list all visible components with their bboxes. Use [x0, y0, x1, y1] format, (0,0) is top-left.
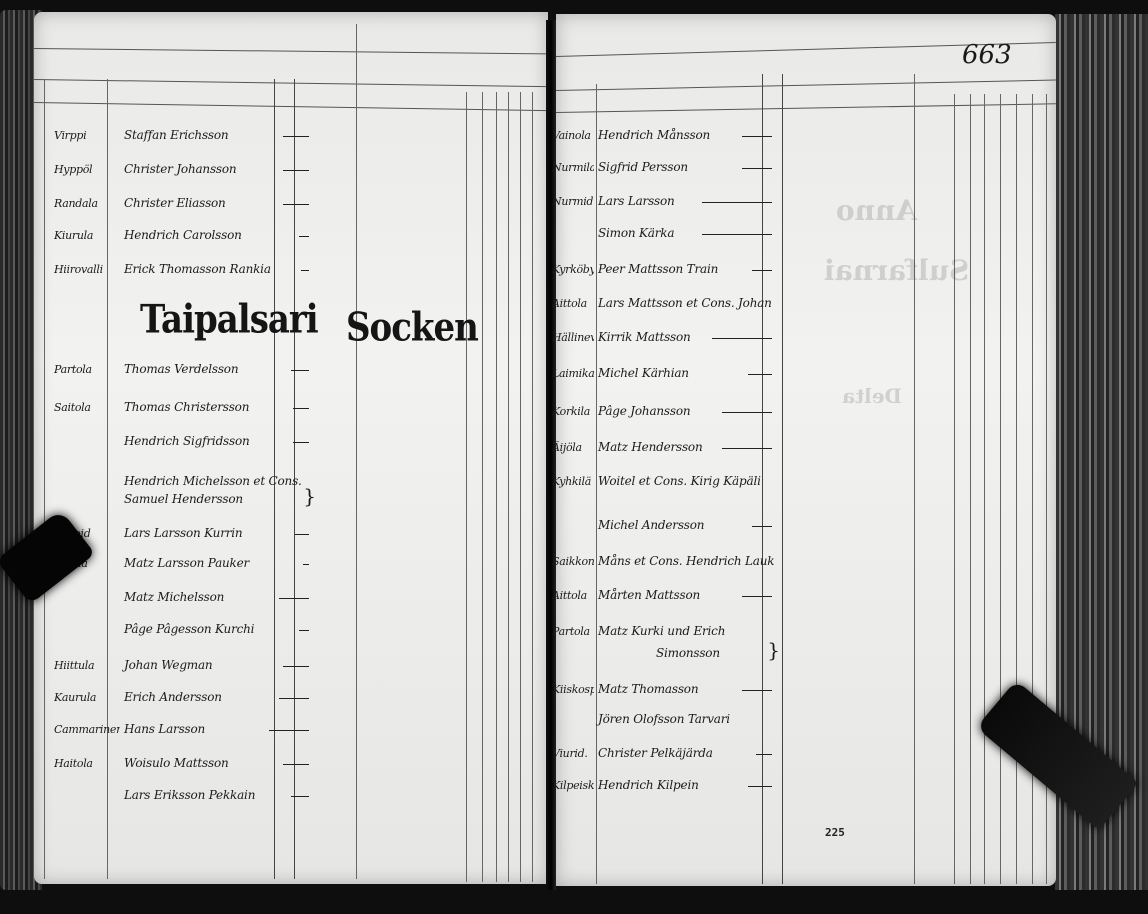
place-name: Kilpeiskoj: [552, 779, 594, 792]
bracket-brace: }: [767, 640, 780, 660]
person-name: Christer Pelkäjärda: [594, 746, 750, 760]
person-name: Lars Larsson Kurrin: [120, 526, 289, 540]
place-name: Saitola: [54, 401, 120, 414]
dash-line: [712, 338, 772, 339]
person-name: Simonsson: [594, 646, 765, 660]
person-name: Woisulo Mattsson: [120, 756, 277, 770]
dash-line: [283, 136, 309, 137]
register-entry: Nurmid. Lars Larsson: [552, 184, 772, 208]
place-name: Nurmilag: [552, 161, 594, 174]
person-name: Sigfrid Persson: [594, 160, 736, 174]
bracket-brace: }: [303, 486, 316, 506]
person-name: Simon Kärka: [594, 226, 696, 240]
register-entry: Simonsson }: [552, 636, 780, 660]
register-entry: Kyhkilä Woitel et Cons. Kirig Käpäli: [552, 464, 774, 488]
rule-line: [1016, 94, 1017, 884]
place-name: Kyrköby: [552, 263, 594, 276]
place-name: Aittola: [552, 297, 594, 310]
person-name: Pâge Pâgesson Kurchi: [120, 622, 293, 636]
place-name: Kiiskospä: [552, 683, 594, 696]
person-name: Hendrich Sigfridsson: [120, 434, 287, 448]
dash-line: [702, 234, 772, 235]
bleedthrough-text: Anno: [836, 194, 917, 227]
register-entry: Hiittula Johan Wegman: [54, 648, 309, 672]
place-name: Cammarinen: [54, 723, 120, 736]
rule-line: [1000, 94, 1001, 884]
place-name: Partola: [54, 363, 120, 376]
register-entry: Nurmilag Sigfrid Persson: [552, 150, 772, 174]
register-entry: Aittola Mårten Mattsson: [552, 578, 772, 602]
person-name: Thomas Verdelsson: [120, 362, 285, 376]
dash-line: [303, 564, 309, 565]
place-name: Nurmid.: [552, 195, 594, 208]
person-name: Matz Thomasson: [594, 682, 736, 696]
place-name: Vainola: [552, 129, 594, 142]
register-entry: Michel Andersson: [552, 508, 772, 532]
register-entry: Vainola Hendrich Månsson: [552, 118, 772, 142]
register-entry: Samuel Hendersson }: [54, 482, 316, 506]
rule-line: [782, 74, 783, 884]
rule-line: [496, 92, 497, 882]
rule-line: [356, 24, 357, 879]
register-entry: Aittola Lars Mattsson et Cons. Johan: [552, 286, 772, 310]
dash-line: [283, 666, 309, 667]
person-name: Pâge Johansson: [594, 404, 716, 418]
place-name: Viurid.: [552, 747, 594, 760]
place-name: Randala: [54, 197, 120, 210]
register-entry: Laimikala Michel Kärhian: [552, 356, 772, 380]
dash-line: [722, 448, 772, 449]
rule-line: [970, 94, 971, 884]
person-name: Erick Thomasson Rankia: [120, 262, 295, 276]
register-entry: Hiirovalli Erick Thomasson Rankia: [54, 252, 309, 276]
register-entry: Peltoid Lars Larsson Kurrin: [54, 516, 309, 540]
register-entry: Kilpeiskoj Hendrich Kilpein: [552, 768, 772, 792]
register-entry: Nisola Matz Larsson Pauker: [54, 546, 309, 570]
dash-line: [283, 764, 309, 765]
place-name: Haitola: [54, 757, 120, 770]
dash-line: [742, 136, 772, 137]
place-name: Saikkoney: [552, 555, 594, 568]
person-name: Hendrich Månsson: [594, 128, 736, 142]
register-entry: Haitola Woisulo Mattsson: [54, 746, 309, 770]
register-entry: Partola Thomas Verdelsson: [54, 352, 309, 376]
rule-line: [556, 103, 1056, 113]
person-name: Michel Andersson: [594, 518, 746, 532]
dash-line: [299, 630, 309, 631]
person-name: Matz Hendersson: [594, 440, 716, 454]
left-page: Virppi Staffan Erichsson Hyppöl Christer…: [34, 12, 548, 884]
parish-heading-socken: Socken: [346, 305, 478, 351]
register-entry: Pâge Pâgesson Kurchi: [54, 612, 309, 636]
rule-line: [520, 92, 521, 882]
dash-line: [722, 412, 772, 413]
person-name: Lars Mattsson et Cons. Johan: [594, 296, 772, 310]
person-name: Peer Mattsson Train: [594, 262, 746, 276]
book-spread: Virppi Staffan Erichsson Hyppöl Christer…: [0, 0, 1148, 914]
register-entry: Randala Christer Eliasson: [54, 186, 309, 210]
person-name: Hendrich Carolsson: [120, 228, 293, 242]
person-name: Matz Michelsson: [120, 590, 273, 604]
dash-line: [702, 202, 772, 203]
dash-line: [291, 370, 309, 371]
dash-line: [756, 754, 772, 755]
rule-line: [34, 79, 548, 87]
register-entry: Simon Kärka: [552, 216, 772, 240]
parish-heading: Taipalsari: [140, 297, 318, 343]
place-name: Laimikala: [552, 367, 594, 380]
rule-line: [984, 94, 985, 884]
dash-line: [283, 170, 309, 171]
rule-line: [466, 92, 467, 882]
place-name: Kiurula: [54, 229, 120, 242]
person-name: Måns et Cons. Hendrich Lauki: [594, 554, 774, 568]
rule-line: [34, 48, 548, 54]
person-name: Johan Wegman: [120, 658, 277, 672]
dash-line: [742, 596, 772, 597]
stamped-page-number: 225: [825, 826, 845, 839]
person-name: Jören Olofsson Tarvari: [594, 712, 772, 726]
person-name: Mårten Mattsson: [594, 588, 736, 602]
register-entry: Cammarinen Hans Larsson: [54, 712, 309, 736]
dash-line: [283, 204, 309, 205]
place-name: Hiirovalli: [54, 263, 120, 276]
place-name: Kaurula: [54, 691, 120, 704]
rule-line: [954, 94, 955, 884]
dash-line: [293, 408, 309, 409]
register-entry: Äijöla Matz Hendersson: [552, 430, 772, 454]
person-name: Christer Johansson: [120, 162, 277, 176]
place-name: Virppi: [54, 129, 120, 142]
register-entry: Saikkoney Måns et Cons. Hendrich Lauki: [552, 544, 774, 568]
dash-line: [748, 374, 772, 375]
bleedthrough-text: Sulfarnai: [824, 254, 969, 287]
person-name: Erich Andersson: [120, 690, 273, 704]
person-name: Hans Larsson: [120, 722, 263, 736]
rule-line: [508, 92, 509, 882]
person-name: Thomas Christersson: [120, 400, 287, 414]
person-name: Kirrik Mattsson: [594, 330, 706, 344]
register-entry: Hällinev Kirrik Mattsson: [552, 320, 772, 344]
register-entry: Jören Olofsson Tarvari: [552, 702, 772, 726]
bleedthrough-text: Delta: [842, 384, 902, 408]
register-entry: Kyrköby Peer Mattsson Train: [552, 252, 772, 276]
register-entry: Kiurula Hendrich Carolsson: [54, 218, 309, 242]
person-name: Lars Eriksson Pekkain: [120, 788, 285, 802]
register-entry: Saitola Thomas Christersson: [54, 390, 309, 414]
place-name: Hyppöl: [54, 163, 120, 176]
place-name: Korkila: [552, 405, 594, 418]
register-entry: Kaurula Erich Andersson: [54, 680, 309, 704]
place-name: Hiittula: [54, 659, 120, 672]
place-name: Hällinev: [552, 331, 594, 344]
dash-line: [299, 236, 309, 237]
dash-line: [291, 796, 309, 797]
person-name: Woitel et Cons. Kirig Käpäli: [594, 474, 774, 488]
register-entry: Kiiskospä Matz Thomasson: [552, 672, 772, 696]
person-name: Michel Kärhian: [594, 366, 742, 380]
place-name: Aittola: [552, 589, 594, 602]
folio-number: 663: [962, 40, 1012, 70]
rule-line: [34, 102, 548, 111]
dash-line: [295, 534, 309, 535]
dash-line: [748, 786, 772, 787]
person-name: Christer Eliasson: [120, 196, 277, 210]
person-name: Samuel Hendersson: [120, 492, 301, 506]
rule-line: [482, 92, 483, 882]
dash-line: [269, 730, 309, 731]
dash-line: [279, 598, 309, 599]
dash-line: [742, 690, 772, 691]
rule-line: [556, 80, 1056, 91]
place-name: Äijöla: [552, 441, 594, 454]
dash-line: [301, 270, 309, 271]
register-entry: Matz Michelsson: [54, 580, 309, 604]
person-name: Matz Larsson Pauker: [120, 556, 297, 570]
dash-line: [279, 698, 309, 699]
dash-line: [752, 526, 772, 527]
dash-line: [752, 270, 772, 271]
place-name: Kyhkilä: [552, 475, 594, 488]
register-entry: Hyppöl Christer Johansson: [54, 152, 309, 176]
register-entry: Viurid. Christer Pelkäjärda: [552, 736, 772, 760]
rule-line: [44, 79, 45, 879]
register-entry: Lars Eriksson Pekkain: [54, 778, 309, 802]
register-entry: Korkila Pâge Johansson: [552, 394, 772, 418]
person-name: Hendrich Kilpein: [594, 778, 742, 792]
dash-line: [293, 442, 309, 443]
rule-line: [532, 92, 533, 882]
register-entry: Virppi Staffan Erichsson: [54, 118, 309, 142]
dash-line: [742, 168, 772, 169]
person-name: Lars Larsson: [594, 194, 696, 208]
person-name: Staffan Erichsson: [120, 128, 277, 142]
register-entry: Partola Matz Kurki und Erich: [552, 614, 780, 638]
register-entry: Hendrich Sigfridsson: [54, 424, 309, 448]
